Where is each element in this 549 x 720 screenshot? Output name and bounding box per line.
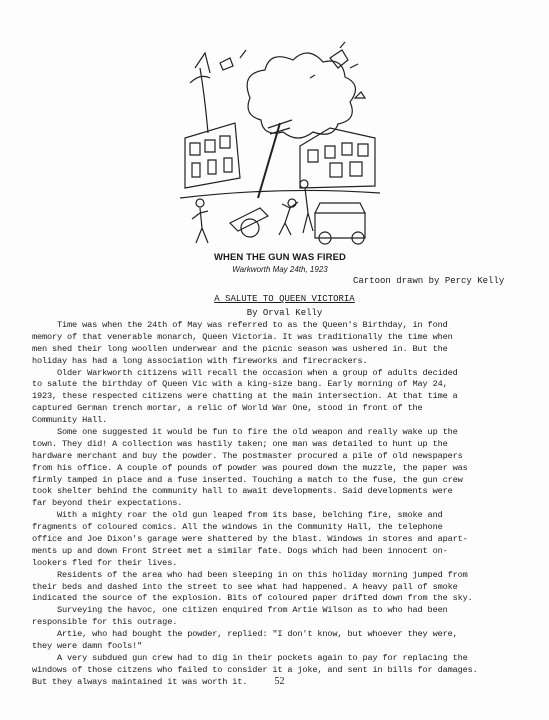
article-line: Community Hall. bbox=[32, 415, 532, 427]
article-line: captured German trench mortar, a relic o… bbox=[32, 403, 532, 415]
article-line: fragments of coloured comics. All the wi… bbox=[32, 522, 532, 534]
article-line: town. They did! A collection was hastily… bbox=[32, 439, 532, 451]
article-line: windows of those citzens who failed to c… bbox=[32, 665, 532, 677]
article-body: Time was when the 24th of May was referr… bbox=[32, 320, 532, 689]
article-line: Artie, who had bought the powder, replie… bbox=[32, 629, 532, 641]
article-line: took shelter behind the community hall t… bbox=[32, 486, 532, 498]
article-line: they were damn fools!" bbox=[32, 641, 532, 653]
article-line: A very subdued gun crew had to dig in th… bbox=[32, 653, 532, 665]
article-line: hardware merchant and buy the powder. Th… bbox=[32, 451, 532, 463]
article-line: holiday has had a long association with … bbox=[32, 356, 532, 368]
article-line: from his office. A couple of pounds of p… bbox=[32, 463, 532, 475]
cartoon-illustration-icon bbox=[180, 28, 380, 246]
article-line: office and Joe Dixon's garage were shatt… bbox=[32, 534, 532, 546]
article-line: men shed their long woollen underwear an… bbox=[32, 344, 532, 356]
article-line: far beyond their expectations. bbox=[32, 498, 532, 510]
cartoon-credit: Cartoon drawn by Percy Kelly bbox=[353, 276, 504, 286]
article-byline: By Orval Kelly bbox=[0, 308, 549, 318]
article-line: Residents of the area who had been sleep… bbox=[32, 570, 532, 582]
article-line: Surveying the havoc, one citizen enquire… bbox=[32, 605, 532, 617]
article-line: Some one suggested it would be fun to fi… bbox=[32, 427, 532, 439]
cartoon-caption-title: WHEN THE GUN WAS FIRED bbox=[200, 252, 360, 263]
cartoon-caption-subtitle: Warkworth May 24th, 1923 bbox=[200, 265, 360, 274]
article-line: their beds and dashed into the street to… bbox=[32, 582, 532, 594]
article-line: 1923, these respected citizens were chat… bbox=[32, 391, 532, 403]
article-line: ments up and down Front Street met a sim… bbox=[32, 546, 532, 558]
article-line: to salute the birthday of Queen Vic with… bbox=[32, 379, 532, 391]
article-line: memory of that venerable monarch, Queen … bbox=[32, 332, 532, 344]
article-line: responsible for this outrage. bbox=[32, 617, 532, 629]
document-page: WHEN THE GUN WAS FIRED Warkworth May 24t… bbox=[0, 0, 549, 720]
article-line: With a mighty roar the old gun leaped fr… bbox=[32, 510, 532, 522]
article-line: firmly tamped in place and a fuse insert… bbox=[32, 475, 532, 487]
article-line: lookers fled for their lives. bbox=[32, 558, 532, 570]
article-line: indicated the source of the explosion. B… bbox=[32, 593, 532, 605]
page-number: 52 bbox=[0, 676, 549, 687]
article-line: Time was when the 24th of May was referr… bbox=[32, 320, 532, 332]
article-line: Older Warkworth citizens will recall the… bbox=[32, 368, 532, 380]
article-title: A SALUTE TO QUEEN VICTORIA bbox=[0, 294, 549, 304]
